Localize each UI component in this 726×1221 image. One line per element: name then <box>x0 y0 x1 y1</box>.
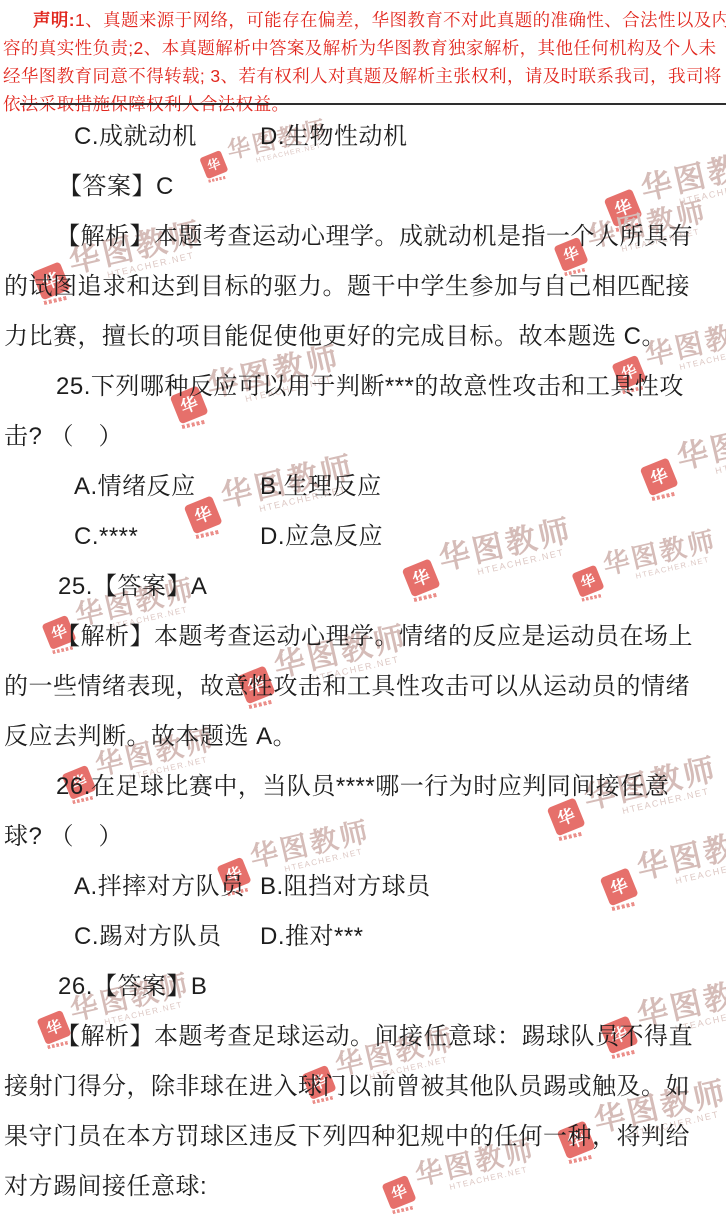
paragraph-line: 接射门得分，除非球在进入球门以前曾被其他队员踢或触及。如 <box>4 1062 720 1112</box>
paragraph-first-line: 【解析】本题考查运动心理学。情绪的反应是运动员在场上 <box>4 612 720 662</box>
option-a: A.拌摔对方队员 <box>74 862 260 912</box>
paragraph-line: 球? （ ） <box>4 812 720 862</box>
option-b: B.阻挡对方球员 <box>260 873 431 900</box>
disclaimer-line: 经华图教育同意不得转载; 3、若有权利人对真题及解析主张权利，请及时联系我司，我… <box>3 62 722 90</box>
disclaimer-notice: 声明:1、真题来源于网络，可能存在偏差，华图教育不对此真题的准确性、合法性以及内… <box>3 6 722 118</box>
separator-line <box>20 103 726 105</box>
paragraph-line: 果守门员在本方罚球区违反下列四种犯规中的任何一种，将判给 <box>4 1112 720 1162</box>
option-b: D.推对*** <box>260 923 364 950</box>
paragraph-first-line: 25.下列哪种反应可以用于判断***的故意性攻击和工具性攻 <box>4 362 720 412</box>
option-a: C.成就动机 <box>74 112 260 162</box>
answer-line: 25.【答案】A <box>4 562 720 612</box>
option-a: C.**** <box>74 512 260 562</box>
paragraph-line: 力比赛，擅长的项目能促使他更好的完成目标。故本题选 C。 <box>4 312 720 362</box>
question-option-row: A.情绪反应B.生理反应 <box>4 462 720 512</box>
paragraph-line: 的一些情绪表现，故意性攻击和工具性攻击可以从运动员的情绪 <box>4 662 720 712</box>
paragraph-line: 对方踢间接任意球: <box>4 1162 720 1212</box>
paragraph-first-line: 【解析】本题考查足球运动。间接任意球：踢球队员不得直 <box>4 1012 720 1062</box>
paragraph-line: 的试图追求和达到目标的驱力。题干中学生参加与自己相匹配接 <box>4 262 720 312</box>
paragraph-line: 击? （ ） <box>4 412 720 462</box>
option-a: C.踢对方队员 <box>74 912 260 962</box>
option-b: B.生理反应 <box>260 473 382 500</box>
disclaimer-line: 声明:1、真题来源于网络，可能存在偏差，华图教育不对此真题的准确性、合法性以及内 <box>3 6 722 34</box>
paragraph-first-line: 【解析】本题考查运动心理学。成就动机是指一个人所具有 <box>4 212 720 262</box>
question-option-row: C.****D.应急反应 <box>4 512 720 562</box>
option-a: A.情绪反应 <box>74 462 260 512</box>
paragraph-line: 反应去判断。故本题选 A。 <box>4 712 720 762</box>
document-page: 华华图教师HTEACHER.NET华华图教师HTEACHER.NET华华图教师H… <box>0 0 726 1221</box>
question-option-row: C.成就动机D.生物性动机 <box>4 112 720 162</box>
option-b: D.应急反应 <box>260 523 383 550</box>
question-option-row: A.拌摔对方队员B.阻挡对方球员 <box>4 862 720 912</box>
option-b: D.生物性动机 <box>260 123 408 150</box>
answer-line: 26.【答案】B <box>4 962 720 1012</box>
paragraph-first-line: 26.在足球比赛中，当队员****哪一行为时应判同间接任意 <box>4 762 720 812</box>
disclaimer-label: 声明: <box>33 10 75 30</box>
disclaimer-line: 容的真实性负责;2、本真题解析中答案及解析为华图教育独家解析，其他任何机构及个人… <box>3 34 722 62</box>
question-content: C.成就动机D.生物性动机【答案】C【解析】本题考查运动心理学。成就动机是指一个… <box>4 112 720 1212</box>
question-option-row: C.踢对方队员D.推对*** <box>4 912 720 962</box>
answer-line: 【答案】C <box>4 162 720 212</box>
